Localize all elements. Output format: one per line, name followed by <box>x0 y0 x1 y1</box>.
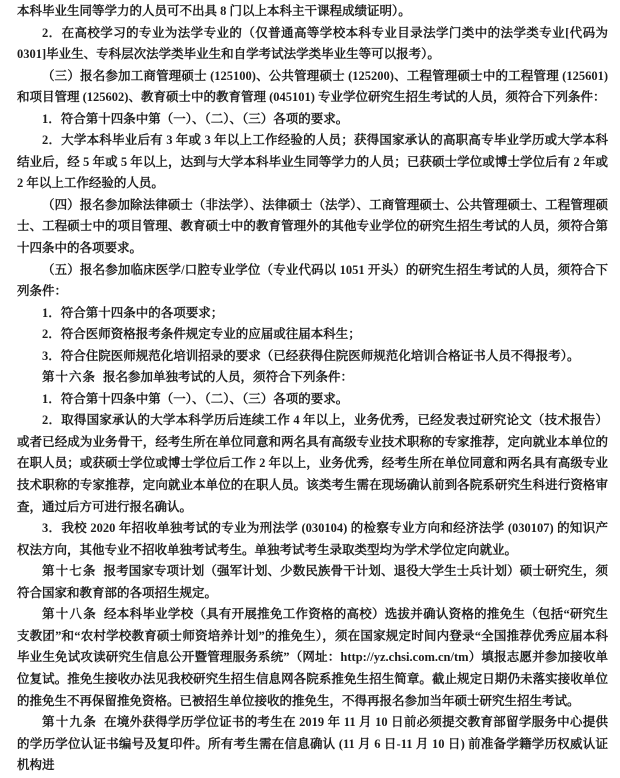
paragraph-text: 3．我校 2020 年招收单独考试的专业为刑法学 (030104) 的检察专业方… <box>17 521 608 557</box>
item-2-law-major-paragraph: 2．在高校学习的专业为法学专业的（仅普通高等学校本科专业目录法学门类中的法学类专… <box>17 23 608 66</box>
item-1-article14-paragraph: 1．符合第十四条中的各项要求； <box>17 303 608 325</box>
paragraph-text: 2．符合医师资格报考条件规定专业的应届或往届本科生； <box>42 327 361 341</box>
clause-5-clinical-medicine-paragraph: （五）报名参加临床医学/口腔专业学位（专业代码以 1051 开头）的研究生招生考… <box>17 260 608 303</box>
item-1-separate-exam-paragraph: 1．符合第十四条中第（一）、（二）、（三）各项的要求。 <box>17 389 608 411</box>
document-page: 本科毕业生同等学力的人员可不出具 8 门以上本科主干课程成绩证明）。 2．在高校… <box>0 0 620 778</box>
paragraph-text: （三）报名参加工商管理硕士 (125100)、公共管理硕士 (125200)、工… <box>17 69 608 105</box>
paragraph-text: 报考国家专项计划（强军计划、少数民族骨干计划、退役大学生士兵计划）硕士研究生，须… <box>17 564 608 600</box>
paragraph-text: 本科毕业生同等学力的人员可不出具 8 门以上本科主干课程成绩证明）。 <box>17 4 411 18</box>
item-1-requirements-paragraph: 1．符合第十四条中第（一）、（二）、（三）各项的要求。 <box>17 109 608 131</box>
item-3-separate-exam-majors-paragraph: 3．我校 2020 年招收单独考试的专业为刑法学 (030104) 的检察专业方… <box>17 518 608 561</box>
article-17-heading: 第十七条 <box>42 564 96 578</box>
article-19-heading: 第十九条 <box>42 715 97 729</box>
paragraph-text: 2．大学本科毕业后有 3 年或 3 年以上工作经验的人员；获得国家承认的高职高专… <box>17 133 608 190</box>
article-18-heading: 第十八条 <box>42 607 97 621</box>
paragraph-text: 2．取得国家承认的大学本科学历后连续工作 4 年以上，业务优秀，已经发表过研究论… <box>17 413 608 513</box>
article-16-paragraph: 第十六条报名参加单独考试的人员，须符合下列条件： <box>17 367 608 389</box>
paragraph-text: 1．符合第十四条中第（一）、（二）、（三）各项的要求。 <box>42 392 348 406</box>
paragraph-text: 1．符合第十四条中第（一）、（二）、（三）各项的要求。 <box>42 112 348 126</box>
item-2-work-experience-paragraph: 2．大学本科毕业后有 3 年或 3 年以上工作经验的人员；获得国家承认的高职高专… <box>17 130 608 195</box>
item-2-separate-exam-eligibility-paragraph: 2．取得国家承认的大学本科学历后连续工作 4 年以上，业务优秀，已经发表过研究论… <box>17 410 608 518</box>
paragraph-text: 2．在高校学习的专业为法学专业的（仅普通高等学校本科专业目录法学门类中的法学类专… <box>17 26 608 62</box>
item-3-residency-training-paragraph: 3．符合住院医师规范化培训招录的要求（已经获得住院医师规范化培训合格证书人员不得… <box>17 346 608 368</box>
article-19-paragraph: 第十九条在境外获得学历学位证书的考生在 2019 年 11 月 10 日前必须提… <box>17 712 608 777</box>
article-18-paragraph: 第十八条经本科毕业学校（具有开展推免工作资格的高校）选拔并确认资格的推免生（包括… <box>17 604 608 712</box>
clause-4-other-degrees-paragraph: （四）报名参加除法律硕士（非法学）、法律硕士（法学）、工商管理硕士、公共管理硕士… <box>17 195 608 260</box>
article-16-heading: 第十六条 <box>42 370 96 384</box>
paragraph-text: 3．符合住院医师规范化培训招录的要求（已经获得住院医师规范化培训合格证书人员不得… <box>42 349 580 363</box>
paragraph-text: （五）报名参加临床医学/口腔专业学位（专业代码以 1051 开头）的研究生招生考… <box>17 263 608 299</box>
paragraph-text: 1．符合第十四条中的各项要求； <box>42 306 223 320</box>
paragraph-text: （四）报名参加除法律硕士（非法学）、法律硕士（法学）、工商管理硕士、公共管理硕士… <box>17 198 608 255</box>
paragraph-text: 经本科毕业学校（具有开展推免工作资格的高校）选拔并确认资格的推免生（包括“研究生… <box>17 607 608 707</box>
paragraph-text: 在境外获得学历学位证书的考生在 2019 年 11 月 10 日前必须提交教育部… <box>17 715 608 772</box>
item-2-physician-qualification-paragraph: 2．符合医师资格报考条件规定专业的应届或往届本科生； <box>17 324 608 346</box>
continuation-paragraph: 本科毕业生同等学力的人员可不出具 8 门以上本科主干课程成绩证明）。 <box>17 1 608 23</box>
paragraph-text: 报名参加单独考试的人员，须符合下列条件： <box>103 370 353 384</box>
article-17-paragraph: 第十七条报考国家专项计划（强军计划、少数民族骨干计划、退役大学生士兵计划）硕士研… <box>17 561 608 604</box>
clause-3-management-masters-paragraph: （三）报名参加工商管理硕士 (125100)、公共管理硕士 (125200)、工… <box>17 66 608 109</box>
